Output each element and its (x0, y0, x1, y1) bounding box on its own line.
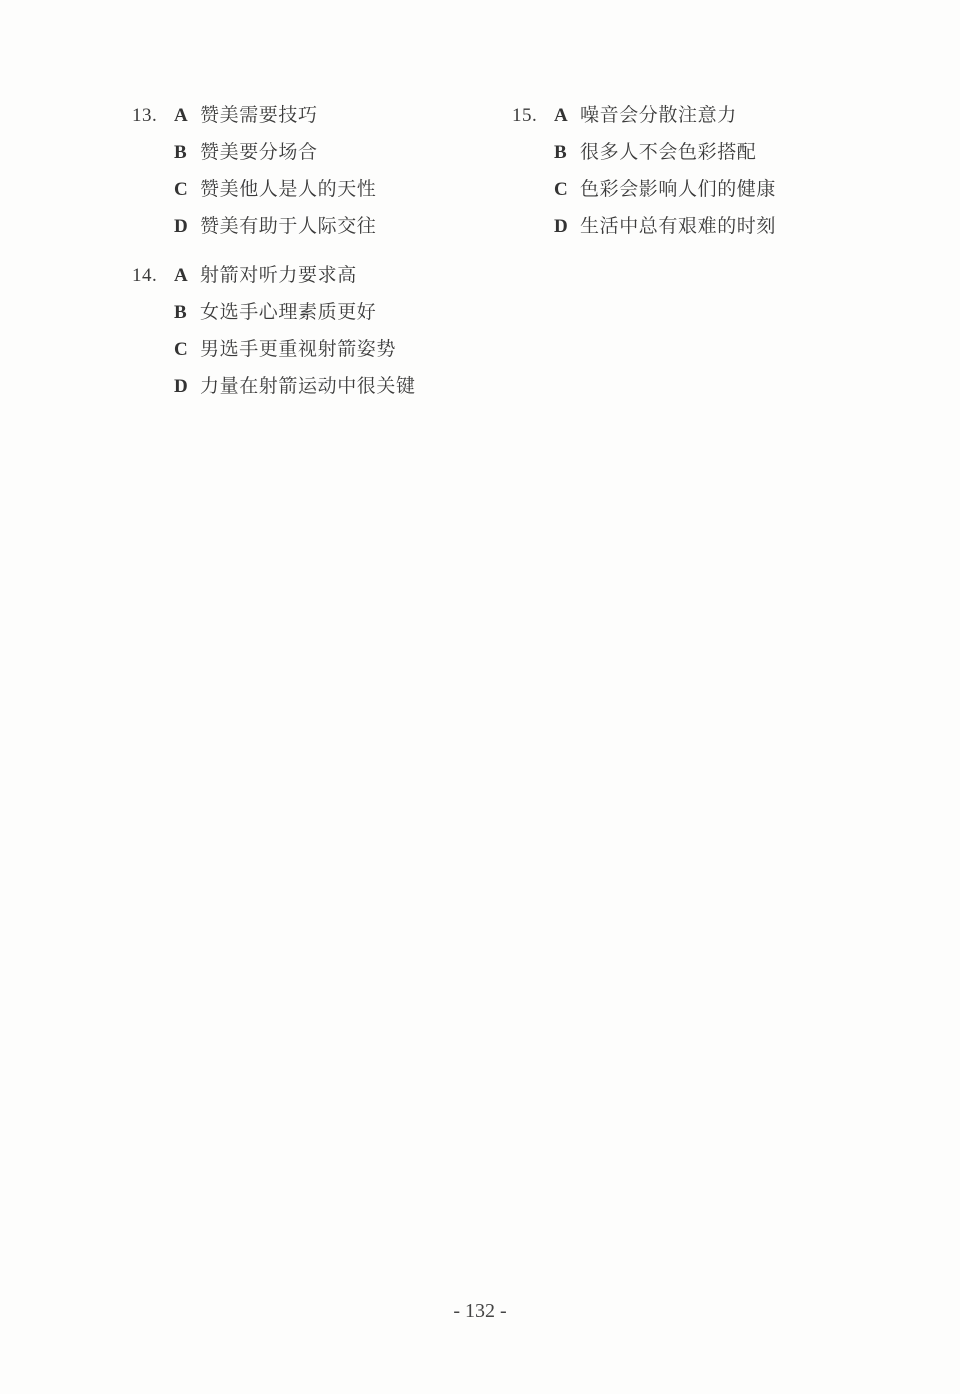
option-letter: A (174, 97, 200, 134)
option-letter: B (174, 294, 200, 331)
option-b-row: B 赞美要分场合 (132, 134, 376, 171)
option-a-row: 14. A 射箭对听力要求高 (132, 257, 416, 294)
option-text: 赞美需要技巧 (200, 97, 318, 134)
question-15: 15. A 噪音会分散注意力 B 很多人不会色彩搭配 C 色彩会影响人们的健康 … (512, 97, 776, 245)
option-letter: D (174, 208, 200, 245)
option-a-row: 15. A 噪音会分散注意力 (512, 97, 776, 134)
option-d-row: D 赞美有助于人际交往 (132, 208, 376, 245)
option-b-row: B 女选手心理素质更好 (132, 294, 416, 331)
option-letter: D (554, 208, 580, 245)
option-text: 赞美要分场合 (200, 134, 318, 171)
option-letter: A (554, 97, 580, 134)
option-text: 男选手更重视射箭姿势 (200, 331, 396, 368)
option-text: 噪音会分散注意力 (580, 97, 737, 134)
option-letter: C (174, 331, 200, 368)
option-letter: C (174, 171, 200, 208)
option-b-row: B 很多人不会色彩搭配 (512, 134, 776, 171)
option-c-row: C 赞美他人是人的天性 (132, 171, 376, 208)
option-text: 赞美他人是人的天性 (200, 171, 376, 208)
option-letter: D (174, 368, 200, 405)
option-text: 力量在射箭运动中很关键 (200, 368, 416, 405)
option-d-row: D 力量在射箭运动中很关键 (132, 368, 416, 405)
question-13: 13. A 赞美需要技巧 B 赞美要分场合 C 赞美他人是人的天性 D 赞美有助… (132, 97, 376, 245)
option-c-row: C 男选手更重视射箭姿势 (132, 331, 416, 368)
option-text: 生活中总有艰难的时刻 (580, 208, 776, 245)
question-number: 13. (132, 97, 174, 134)
option-letter: A (174, 257, 200, 294)
option-a-row: 13. A 赞美需要技巧 (132, 97, 376, 134)
option-text: 女选手心理素质更好 (200, 294, 376, 331)
option-text: 色彩会影响人们的健康 (580, 171, 776, 208)
question-14: 14. A 射箭对听力要求高 B 女选手心理素质更好 C 男选手更重视射箭姿势 … (132, 257, 416, 405)
option-letter: B (174, 134, 200, 171)
question-number: 15. (512, 97, 554, 134)
option-d-row: D 生活中总有艰难的时刻 (512, 208, 776, 245)
option-text: 射箭对听力要求高 (200, 257, 357, 294)
option-text: 很多人不会色彩搭配 (580, 134, 756, 171)
option-letter: C (554, 171, 580, 208)
option-c-row: C 色彩会影响人们的健康 (512, 171, 776, 208)
option-text: 赞美有助于人际交往 (200, 208, 376, 245)
page-number: - 132 - (0, 1300, 960, 1323)
question-number: 14. (132, 257, 174, 294)
option-letter: B (554, 134, 580, 171)
